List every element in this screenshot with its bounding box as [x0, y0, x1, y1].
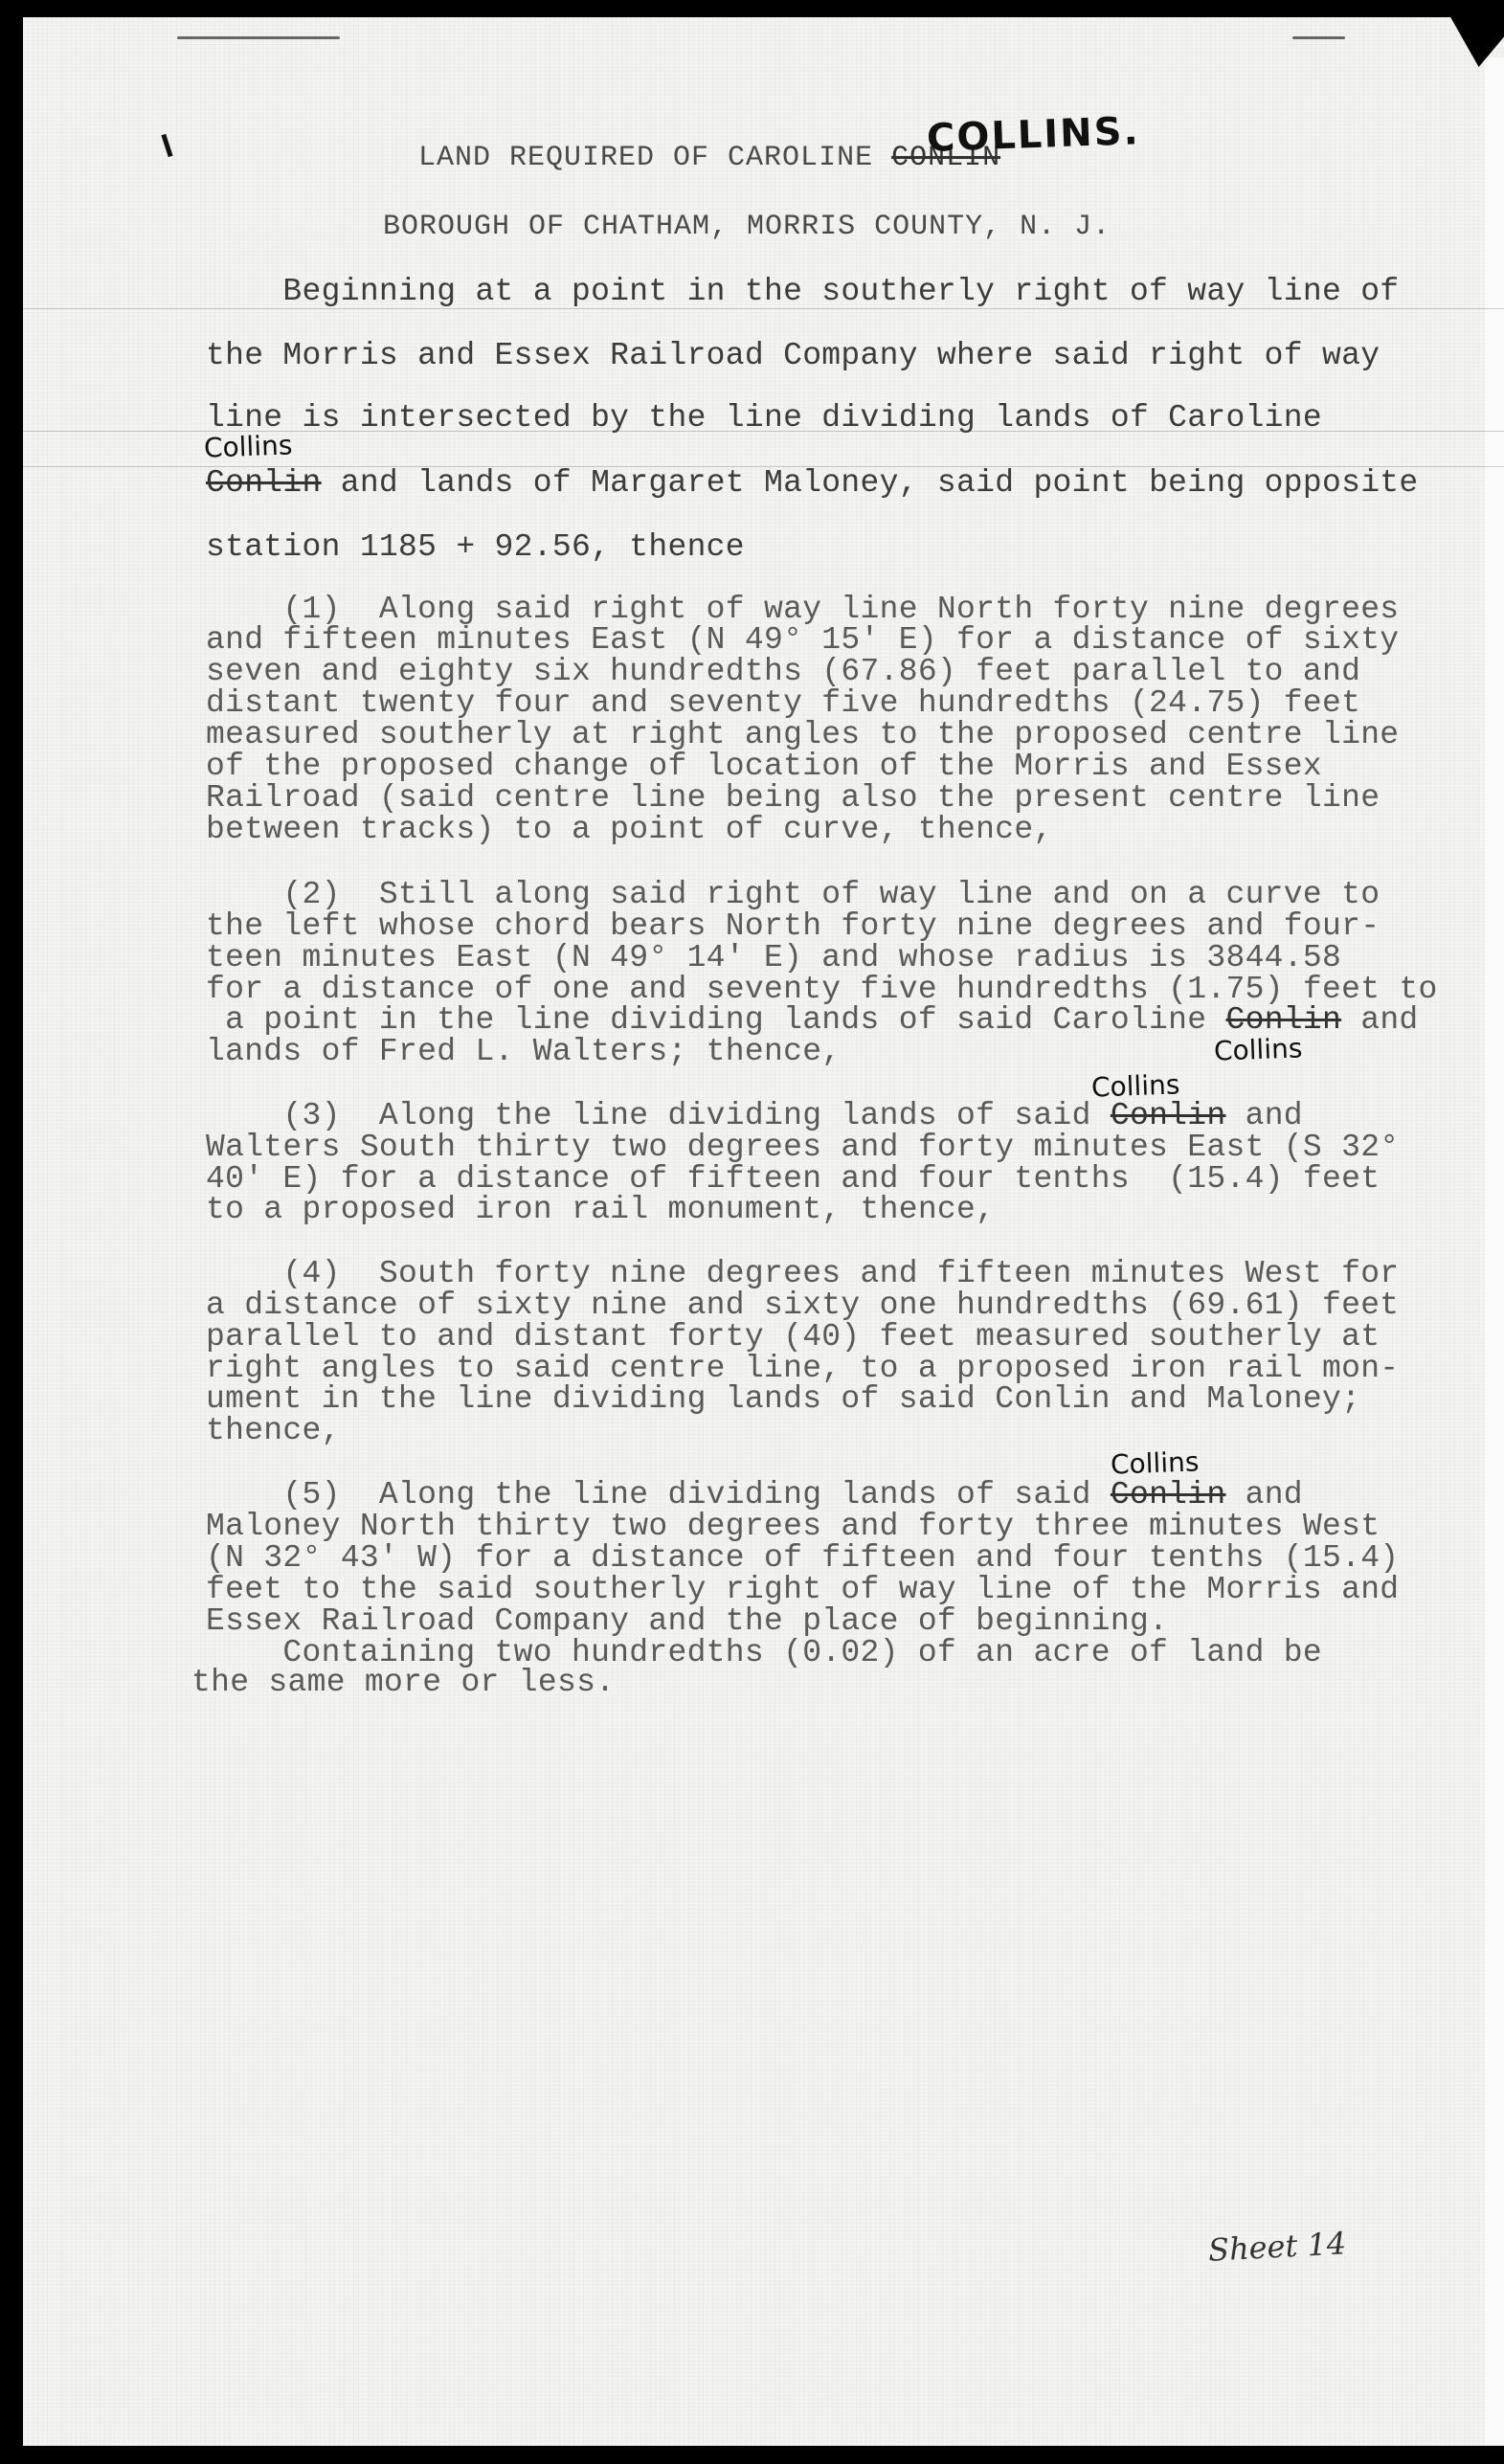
course-3-line: Walters South thirty two degrees and for… — [206, 1131, 1399, 1163]
course-2-line: a point in the line dividing lands of sa… — [206, 1004, 1419, 1036]
title-prefix: LAND REQUIRED OF CAROLINE — [418, 142, 891, 174]
course-1-line: distant twenty four and seventy five hun… — [206, 687, 1360, 719]
course-1-line: seven and eighty six hundredths (67.86) … — [206, 656, 1360, 687]
course-4-line: right angles to said centre line, to a p… — [206, 1353, 1399, 1384]
intro-line: the Morris and Essex Railroad Company wh… — [206, 340, 1380, 371]
course-1-line: measured southerly at right angles to th… — [206, 719, 1399, 750]
handwritten-correction: Collins — [1110, 1445, 1199, 1480]
intro-line: Beginning at a point in the southerly ri… — [206, 276, 1399, 307]
course-4-line: a distance of sixty nine and sixty one h… — [206, 1289, 1399, 1321]
struck-name: Conlin — [206, 465, 322, 501]
top-scribble — [177, 36, 340, 39]
intro-line: line is intersected by the line dividing… — [206, 402, 1322, 434]
top-scribble-right — [1292, 36, 1345, 39]
course-4-line: parallel to and distant forty (40) feet … — [206, 1321, 1380, 1353]
course-1-line: of the proposed change of location of th… — [206, 750, 1322, 782]
course-5-line: feet to the said southerly right of way … — [206, 1574, 1399, 1605]
course-5-line: Maloney North thirty two degrees and for… — [206, 1511, 1380, 1542]
course-4-line: thence, — [206, 1415, 341, 1446]
course-5-line: (5) Along the line dividing lands of sai… — [206, 1479, 1303, 1511]
course-3-line: (3) Along the line dividing lands of sai… — [206, 1100, 1303, 1131]
sheet-number-label: Sheet 14 — [1207, 2225, 1347, 2268]
document-title: LAND REQUIRED OF CAROLINE CONLIN — [418, 142, 1000, 174]
course-1-line: (1) Along said right of way line North f… — [206, 594, 1399, 625]
struck-name: Conlin — [1111, 1098, 1226, 1133]
course-1-line: between tracks) to a point of curve, the… — [206, 814, 1053, 845]
course-1-line: Railroad (said centre line being also th… — [206, 782, 1380, 814]
course-4-line: ument in the line dividing lands of said… — [206, 1383, 1360, 1415]
struck-name: Conlin — [1111, 1477, 1226, 1512]
course-5-line: (N 32° 43' W) for a distance of fifteen … — [206, 1542, 1399, 1574]
course-3-line: to a proposed iron rail monument, thence… — [206, 1194, 995, 1225]
intro-line: station 1185 + 92.56, thence — [206, 531, 745, 563]
intro-line: Conlin and lands of Margaret Maloney, sa… — [206, 467, 1419, 499]
course-2-line: for a distance of one and seventy five h… — [206, 974, 1438, 1005]
course-2-line: (2) Still along said right of way line a… — [206, 879, 1380, 910]
handwritten-correction: Collins — [203, 429, 292, 463]
document-subtitle: BOROUGH OF CHATHAM, MORRIS COUNTY, N. J. — [383, 211, 1111, 243]
closing-line: the same more or less. — [191, 1667, 615, 1698]
page-right-edge — [1485, 57, 1504, 2445]
course-3-line: 40' E) for a distance of fifteen and fou… — [206, 1163, 1380, 1195]
course-2-line: lands of Fred L. Walters; thence, — [206, 1036, 841, 1067]
course-4-line: (4) South forty nine degrees and fifteen… — [206, 1258, 1399, 1289]
handwritten-correction: COLLINS. — [926, 109, 1140, 161]
course-1-line: and fifteen minutes East (N 49° 15' E) f… — [206, 624, 1399, 656]
course-2-line: teen minutes East (N 49° 14' E) and whos… — [206, 942, 1341, 974]
course-2-line: the left whose chord bears North forty n… — [206, 910, 1380, 942]
course-5-line: Essex Railroad Company and the place of … — [206, 1605, 1168, 1637]
handwritten-correction: Collins — [1213, 1032, 1302, 1066]
scanned-page — [23, 17, 1504, 2446]
